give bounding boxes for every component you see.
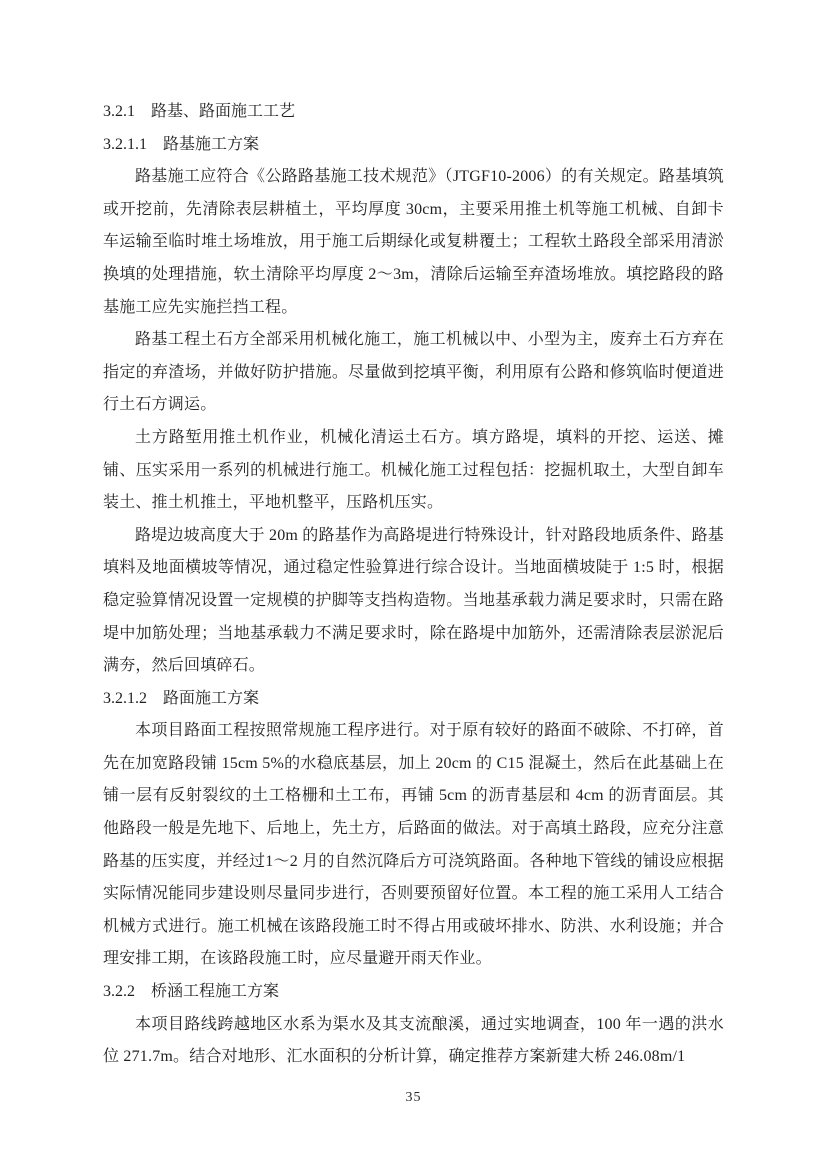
- paragraph-mechanized-earthwork: 路基工程土石方全部采用机械化施工，施工机械以中、小型为主，废弃土石方弃在指定的弃…: [103, 324, 724, 422]
- paragraph-bridge-culvert-hydrology: 本项目路线跨越地区水系为渠水及其支流酿溪，通过实地调查，100 年一遇的洪水位 …: [103, 1009, 724, 1074]
- paragraph-cut-fill-machinery-process: 土方路堑用推土机作业，机械化清运土石方。填方路堤，填料的开挖、运送、摊铺、压实采…: [103, 422, 724, 520]
- paragraph-high-embankment-design: 路堤边坡高度大于 20m 的路基作为高路堤进行特殊设计，针对路段地质条件、路基填…: [103, 520, 724, 683]
- heading-3-2-1-1-subgrade-scheme: 3.2.1.1 路基施工方案: [103, 129, 724, 162]
- heading-3-2-1-subgrade-pavement-technique: 3.2.1 路基、路面施工工艺: [103, 96, 724, 129]
- page-footer: 35: [0, 1088, 827, 1106]
- heading-3-2-2-bridge-culvert-scheme: 3.2.2 桥涵工程施工方案: [103, 976, 724, 1009]
- paragraph-subgrade-spec-and-topsoil-clearing: 路基施工应符合《公路路基施工技术规范》（JTGF10-2006）的有关规定。路基…: [103, 161, 724, 324]
- heading-3-2-1-2-pavement-scheme: 3.2.1.2 路面施工方案: [103, 683, 724, 716]
- paragraph-pavement-construction-procedure: 本项目路面工程按照常规施工程序进行。对于原有较好的路面不破除、不打碎，首先在加宽…: [103, 715, 724, 976]
- document-page: 3.2.1 路基、路面施工工艺 3.2.1.1 路基施工方案 路基施工应符合《公…: [0, 0, 827, 1169]
- page-number: 35: [406, 1090, 422, 1105]
